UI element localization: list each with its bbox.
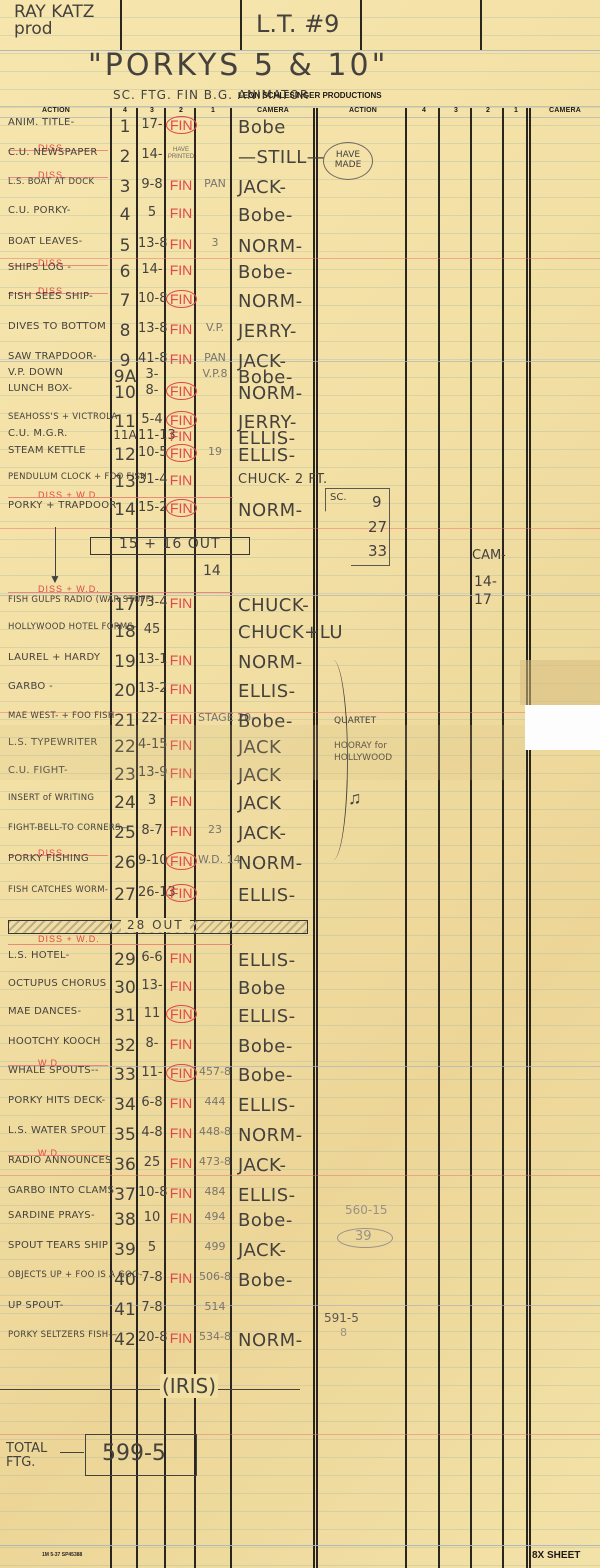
- scene-bg: 448-8: [198, 1125, 232, 1138]
- footage-box: [362, 0, 482, 50]
- scene-action: SPOUT TEARS SHIP: [8, 1240, 108, 1251]
- scene-number: 27: [112, 885, 138, 905]
- scene-fin-status: FIN: [166, 205, 196, 221]
- scene-footage: 11-: [138, 1065, 166, 1080]
- header-col1-right: 1: [504, 107, 528, 114]
- scene-footage: 10-8: [138, 1185, 166, 1200]
- scene-action: SARDINE PRAYS-: [8, 1210, 95, 1221]
- scene-action: LAUREL + HARDY: [8, 652, 100, 663]
- subtotal-circled: 39: [355, 1229, 372, 1244]
- scene-footage: 10: [138, 1210, 166, 1225]
- arrow-shaft: [55, 527, 56, 577]
- scene-number: 17: [112, 595, 138, 615]
- scene-animator: JACK-: [238, 177, 286, 198]
- scene-number: 8: [112, 321, 138, 341]
- header-camera-right: CAMERA: [530, 107, 600, 114]
- out-marker-15-16: 15 + 16 OUT: [90, 537, 250, 555]
- scene-animator: Bobe: [238, 978, 286, 999]
- scene-animator: ELLIS-: [238, 681, 296, 702]
- scene-number: 35: [112, 1125, 138, 1145]
- scene-footage: 8-: [138, 383, 166, 398]
- bg-note-14: 14: [203, 563, 221, 579]
- scene-footage: 14-: [138, 262, 166, 277]
- scene-action: PORKY SELTZERS FISH—: [8, 1330, 117, 1340]
- header-col2-right: 2: [472, 107, 504, 114]
- scene-number: 41: [112, 1300, 138, 1320]
- scene-fin-status: FIN: [166, 1330, 196, 1346]
- scene-animator: JACK-: [238, 1155, 286, 1176]
- scene-fin-status: FIN: [166, 950, 196, 966]
- scene-action: L.S. WATER SPOUT: [8, 1125, 106, 1136]
- scene-action: WHALE SPOUTS--: [8, 1065, 99, 1076]
- scene-fin-status: FIN: [166, 262, 196, 278]
- scene-footage: 73-4: [138, 595, 166, 610]
- scene-action: BOAT LEAVES-: [8, 236, 83, 247]
- scene-number: 10: [112, 383, 138, 403]
- scene-number: 25: [112, 823, 138, 843]
- scene-footage: 13-2: [138, 681, 166, 696]
- scene-fin-status: FIN: [166, 428, 196, 444]
- scene-footage: 20-8: [138, 1330, 166, 1345]
- scene-footage: 6-6: [138, 950, 166, 965]
- scene-bg: V.P.: [198, 321, 232, 334]
- scene-animator: Bobe-: [238, 1210, 293, 1231]
- scene-footage: 31-4: [138, 472, 166, 487]
- total-value: 599-5: [102, 1441, 166, 1466]
- scene-bg: 457-8: [198, 1065, 232, 1078]
- scene-footage: 9-10: [138, 853, 166, 868]
- header-col1: 1: [196, 107, 230, 114]
- scene-action: C.U. M.G.R.: [8, 428, 68, 439]
- scene-fin-status: FIN: [166, 885, 196, 901]
- production-box: L.T. #9: [242, 0, 362, 50]
- header-col2: 2: [166, 107, 196, 114]
- cam-note: CAM-: [472, 548, 506, 563]
- scene-footage: 5: [138, 1240, 166, 1255]
- scene-number: 18: [112, 622, 138, 642]
- scene-animator: Bobe-: [238, 1270, 293, 1291]
- scene-number: 34: [112, 1095, 138, 1115]
- scene-action: RADIO ANNOUNCES: [8, 1155, 112, 1166]
- scene-footage: 45: [138, 622, 166, 637]
- iris-line: [0, 1389, 300, 1390]
- director-name: RAY KATZ prod: [14, 4, 114, 38]
- scene-fin-status: FIN: [166, 351, 196, 367]
- scene-action: C.U. PORKY-: [8, 205, 71, 216]
- scene-footage: 15-2: [138, 500, 166, 515]
- scene-fin-status: FIN: [166, 823, 196, 839]
- scene-footage: 13-: [138, 978, 166, 993]
- scene-number: 14: [112, 500, 138, 520]
- scene-action: PORKY HITS DECK-: [8, 1095, 105, 1106]
- scene-animator: —STILL—: [238, 147, 325, 168]
- scene-action: V.P. DOWN: [8, 367, 63, 378]
- scene-bg: 506-8: [198, 1270, 232, 1283]
- scene-fin-status: FIN: [166, 853, 196, 869]
- scene-number: 26: [112, 853, 138, 873]
- scene-bg: 499: [198, 1240, 232, 1253]
- scene-fin-status: FIN: [166, 1210, 196, 1226]
- scene-action: INSERT of WRITING: [8, 793, 94, 803]
- scene-footage: 4-8: [138, 1125, 166, 1140]
- scene-animator: ELLIS-: [238, 445, 296, 466]
- scene-fin-status: HAVE PRINTED: [166, 147, 196, 161]
- scene-number: 2: [112, 147, 138, 167]
- scene-bg: STAGE 20-: [198, 711, 232, 724]
- scene-fin-status: FIN: [166, 383, 196, 399]
- scene-fin-status: FIN: [166, 652, 196, 668]
- scene-fin-status: FIN: [166, 595, 196, 611]
- scene-fin-status: FIN: [166, 291, 196, 307]
- scene-action: FISH SEES SHIP-: [8, 291, 93, 302]
- scene-fin-status: FIN: [166, 1270, 196, 1286]
- scene-animator: NORM-: [238, 383, 303, 404]
- scene-number: 3: [112, 177, 138, 197]
- scene-fin-status: FIN: [166, 681, 196, 697]
- scene-footage: 9-8: [138, 177, 166, 192]
- scene-footage: 11-13: [138, 428, 166, 443]
- scene-action: L.S. BOAT AT DOCK: [8, 177, 94, 187]
- scene-animator: ELLIS-: [238, 1006, 296, 1027]
- scene-number: 12: [112, 445, 138, 465]
- print-code: 1M 5-37 SP45388: [42, 1552, 82, 1558]
- total-label: TOTAL FTG.: [6, 1442, 56, 1470]
- scene-fin-status: FIN: [166, 1185, 196, 1201]
- scene-number: 5: [112, 236, 138, 256]
- sheet-box: [482, 0, 600, 50]
- header-action: ACTION: [0, 107, 112, 114]
- scene-number: 37: [112, 1185, 138, 1205]
- scene-footage: 17-: [138, 117, 166, 132]
- scene-footage: 3-: [138, 367, 166, 382]
- header-col4-right: 4: [408, 107, 440, 114]
- scene-animator: Bobe-: [238, 1036, 293, 1057]
- scene-action: SEAHOSS'S + VICTROLA: [8, 412, 118, 422]
- scene-fin-status: FIN: [166, 1036, 196, 1052]
- scene-fin-status: FIN: [166, 500, 196, 516]
- scene-footage: 13-8: [138, 236, 166, 251]
- scene-bg: W.D. 14: [198, 853, 232, 866]
- iris-marker: (IRIS): [160, 1374, 218, 1398]
- scene-animator: CHUCK+LU: [238, 622, 343, 643]
- scene-animator: JACK: [238, 793, 281, 814]
- scene-number: 4: [112, 205, 138, 225]
- scene-action: GARBO INTO CLAMS: [8, 1185, 114, 1196]
- scene-footage: 3: [138, 793, 166, 808]
- scene-action: PORKY FISHING: [8, 853, 89, 864]
- blank-box: [122, 0, 242, 50]
- studio-name: LEON SCHLESINGER PRODUCTIONS: [238, 91, 382, 100]
- transition-marker: DISS + W.D.: [38, 490, 100, 500]
- scene-footage: 8-7: [138, 823, 166, 838]
- scene-footage: 13-1: [138, 652, 166, 667]
- scene-footage: 8-: [138, 1036, 166, 1051]
- scene-animator: NORM-: [238, 236, 303, 257]
- scene-footage: 22-: [138, 711, 166, 726]
- scene-animator: Bobe: [238, 117, 286, 138]
- scene-bg: 19: [198, 445, 232, 458]
- scene-bg: 494: [198, 1210, 232, 1223]
- subtotal-note-1: 560-15: [345, 1203, 388, 1217]
- scene-fin-status: FIN: [166, 1155, 196, 1171]
- scene-action: FISH CATCHES WORM-: [8, 885, 108, 895]
- subtotal-note-2: 591-5: [324, 1311, 359, 1325]
- scene-number: 36: [112, 1155, 138, 1175]
- scene-fin-status: FIN: [166, 412, 196, 428]
- music-note-icon: ♫: [348, 788, 362, 809]
- out-marker-28: 28 OUT: [8, 920, 308, 934]
- scene-fin-status: FIN: [166, 321, 196, 337]
- header-col3-right: 3: [440, 107, 472, 114]
- scene-bg: 473-8: [198, 1155, 232, 1168]
- scene-action: STEAM KETTLE: [8, 445, 86, 456]
- scene-action: OCTUPUS CHORUS: [8, 978, 106, 989]
- scene-fin-status: FIN: [166, 1095, 196, 1111]
- header-col3: 3: [138, 107, 166, 114]
- scene-number: 20: [112, 681, 138, 701]
- scene-fin-status: FIN: [166, 117, 196, 133]
- header-camera: CAMERA: [232, 107, 314, 114]
- scene-number: 24: [112, 793, 138, 813]
- scene-bg: 484: [198, 1185, 232, 1198]
- scene-animator: NORM-: [238, 652, 303, 673]
- scene-fin-status: FIN: [166, 236, 196, 252]
- header-col4: 4: [112, 107, 138, 114]
- scene-number: 38: [112, 1210, 138, 1230]
- scene-action: ANIM. TITLE-: [8, 117, 75, 128]
- scene-action: SHIPS LOG -: [8, 262, 71, 273]
- scene-number: 31: [112, 1006, 138, 1026]
- scene-number: 30: [112, 978, 138, 998]
- scene-animator: Bobe-: [238, 262, 293, 283]
- scene-number: 29: [112, 950, 138, 970]
- scene-animator: NORM-: [238, 853, 303, 874]
- torn-corner: [525, 705, 600, 750]
- scene-animator: NORM-: [238, 1125, 303, 1146]
- scene-action: GARBO -: [8, 681, 53, 692]
- scene-bg: 534-8: [198, 1330, 232, 1343]
- scene-animator: NORM-: [238, 500, 303, 521]
- scene-animator: JACK-: [238, 823, 286, 844]
- scene-action: MAE WEST- + FOO FISH: [8, 711, 115, 721]
- have-made-note: HAVE MADE: [328, 150, 368, 170]
- scene-action: LUNCH BOX-: [8, 383, 72, 394]
- scene-animator: NORM-: [238, 291, 303, 312]
- scene-bg: 444: [198, 1095, 232, 1108]
- scene-fin-status: FIN: [166, 177, 196, 193]
- sheet-type: 8X SHEET: [532, 1550, 580, 1561]
- scene-animator: CHUCK-: [238, 595, 309, 616]
- scene-animator: Bobe-: [238, 205, 293, 226]
- scene-action: L.S. HOTEL-: [8, 950, 70, 961]
- scene-action: PORKY + TRAPDOOR: [8, 500, 117, 511]
- scene-number: 1: [112, 117, 138, 137]
- scene-animator: JERRY-: [238, 321, 297, 342]
- scene-number: 13: [112, 472, 138, 492]
- cartoon-title: "PORKYS 5 & 10": [88, 48, 388, 83]
- exposure-sheet: RAY KATZ prod L.T. #9 "PORKYS 5 & 10" SC…: [0, 0, 600, 1568]
- scene-animator: ELLIS-: [238, 885, 296, 906]
- scene-footage: 13-8: [138, 321, 166, 336]
- scene-number: 11A: [112, 428, 138, 442]
- scene-footage: 25: [138, 1155, 166, 1170]
- scene-fin-status: FIN: [166, 1006, 196, 1022]
- scene-footage: 26-13: [138, 885, 166, 900]
- scene-animator: Bobe-: [238, 1065, 293, 1086]
- scene-footage: 5: [138, 205, 166, 220]
- scene-bg: 3: [198, 236, 232, 249]
- scene-number: 19: [112, 652, 138, 672]
- scene-animator: JACK-: [238, 1240, 286, 1261]
- sc-box-label: SC.: [330, 492, 347, 503]
- scene-fin-status: FIN: [166, 472, 196, 488]
- scene-footage: 14-: [138, 147, 166, 162]
- scene-number: 7: [112, 291, 138, 311]
- scene-animator: NORM-: [238, 1330, 303, 1351]
- scene-number: 32: [112, 1036, 138, 1056]
- scene-bg: 23: [198, 823, 232, 836]
- scene-bg: V.P.8: [198, 367, 232, 380]
- scene-bg: 514: [198, 1300, 232, 1313]
- scene-number: 42: [112, 1330, 138, 1350]
- scene-action: HOOTCHY KOOCH: [8, 1036, 101, 1047]
- scene-action: MAE DANCES-: [8, 1006, 81, 1017]
- scene-number: 6: [112, 262, 138, 282]
- scene-number: 33: [112, 1065, 138, 1085]
- scene-bg: PAN: [198, 351, 232, 364]
- scene-footage: 6-8: [138, 1095, 166, 1110]
- scene-action: SAW TRAPDOOR-: [8, 351, 97, 362]
- scene-number: 40: [112, 1270, 138, 1290]
- scene-fin-status: FIN: [166, 1065, 196, 1081]
- scene-fin-status: FIN: [166, 793, 196, 809]
- scene-footage: 7-8: [138, 1270, 166, 1285]
- scene-footage: 10-5: [138, 445, 166, 460]
- scene-footage: 11: [138, 1006, 166, 1021]
- director-box: RAY KATZ prod: [0, 0, 122, 50]
- header-action-right: ACTION: [318, 107, 408, 114]
- scene-number: 39: [112, 1240, 138, 1260]
- scene-footage: 7-8: [138, 1300, 166, 1315]
- scene-footage: 5-4: [138, 412, 166, 427]
- scene-fin-status: FIN: [166, 445, 196, 461]
- scene-fin-status: FIN: [166, 978, 196, 994]
- total-box: 599-5: [85, 1434, 197, 1476]
- scene-animator: ELLIS-: [238, 950, 296, 971]
- scene-action: C.U. NEWSPAPER: [8, 147, 98, 158]
- diss-wd-marker-2: DISS + W.D.: [38, 934, 100, 944]
- scene-animator: ELLIS-: [238, 1095, 296, 1116]
- production-number: L.T. #9: [256, 10, 339, 38]
- scene-footage: 10-8: [138, 291, 166, 306]
- scene-action: DIVES TO BOTTOM: [8, 321, 106, 332]
- scene-footage: 41-8: [138, 351, 166, 366]
- scene-animator: CHUCK- 2 FT.: [238, 472, 328, 487]
- scene-fin-status: FIN: [166, 1125, 196, 1141]
- scene-action: UP SPOUT-: [8, 1300, 64, 1311]
- scene-bg: PAN: [198, 177, 232, 190]
- scene-animator: ELLIS-: [238, 1185, 296, 1206]
